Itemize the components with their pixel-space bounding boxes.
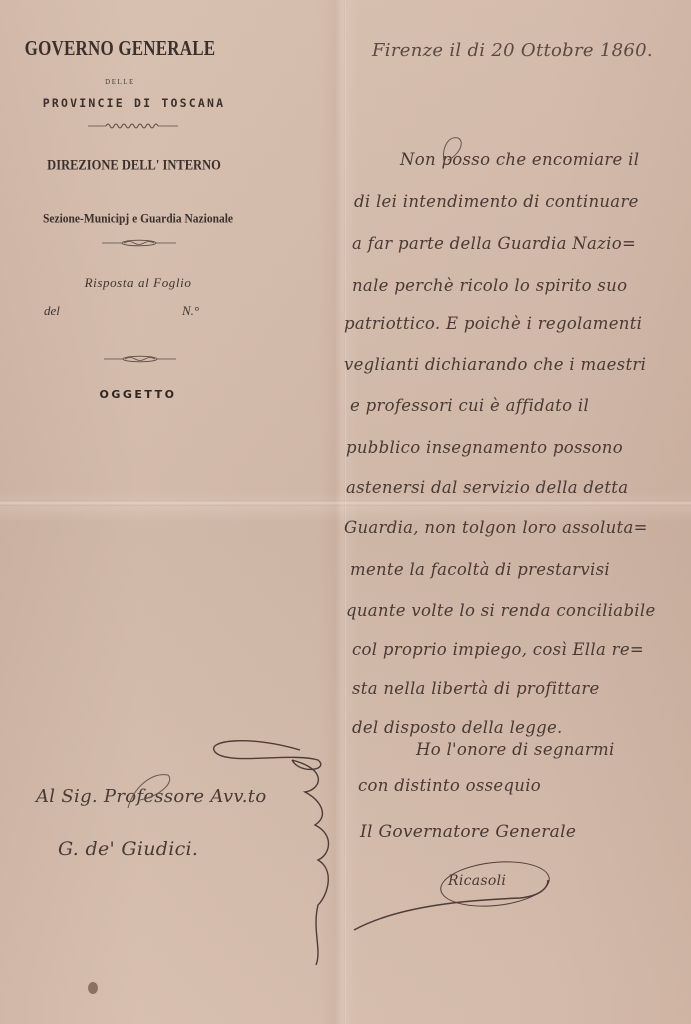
body-line: veglianti dichiarando che i maestri: [344, 355, 646, 374]
addressee-line-1: Al Sig. Professore Avv.to: [36, 786, 266, 807]
letterhead-oggetto: OGGETTO: [0, 388, 276, 401]
body-line: di lei intendimento di continuare: [354, 192, 639, 211]
body-line: mente la facoltà di prestarvisi: [350, 560, 610, 579]
body-line: quante volte lo si renda conciliabile: [346, 601, 656, 620]
body-line: pubblico insegnamento possono: [346, 438, 623, 457]
addressee-line-2: G. de' Giudici.: [58, 838, 198, 860]
body-line: Guardia, non tolgon loro assoluta=: [344, 518, 648, 537]
closing-line: Ho l'onore di segnarmi: [416, 740, 615, 759]
body-line: col proprio impiego, così Ella re=: [352, 640, 644, 659]
body-line: nale perchè ricolo lo spirito suo: [352, 276, 627, 295]
ornament-divider-icon: [88, 121, 178, 131]
horizontal-fold-line: [0, 500, 691, 506]
letterhead-province: PROVINCIE DI TOSCANA: [0, 96, 268, 110]
ornament-leaf-divider-icon: [102, 239, 176, 247]
ink-stain: [88, 982, 98, 994]
date-line: Firenze il di 20 Ottobre 1860.: [372, 40, 653, 61]
body-line: e professori cui è affidato il: [350, 396, 589, 415]
letterhead-numero-label: N.°: [182, 303, 199, 319]
letterhead-delle: DELLE: [0, 78, 240, 86]
signature-name: Ricasoli: [448, 873, 506, 889]
letterhead-title: GOVERNO GENERALE: [0, 36, 240, 61]
body-line: Non posso che encomiare il: [400, 150, 639, 169]
signature-title: Il Governatore Generale: [360, 822, 576, 842]
body-line: patriottico. E poichè i regolamenti: [344, 314, 642, 333]
vertical-fold-line: [344, 0, 347, 1024]
letterhead-sezione: Sezione-Municipj e Guardia Nazionale: [0, 212, 276, 225]
body-line: sta nella libertà di profittare: [352, 679, 600, 698]
body-line: a far parte della Guardia Nazio=: [352, 234, 636, 253]
letterhead-risposta: Risposta al Foglio: [0, 275, 276, 291]
letterhead-direzione: DIREZIONE DELL' INTERNO: [0, 157, 268, 174]
ornament-leaf-divider-icon: [104, 355, 176, 363]
body-line: del disposto della legge.: [352, 718, 563, 737]
body-line: astenersi dal servizio della detta: [346, 478, 628, 497]
closing-line: con distinto ossequio: [358, 776, 541, 795]
letterhead-del-label: del: [44, 303, 60, 319]
